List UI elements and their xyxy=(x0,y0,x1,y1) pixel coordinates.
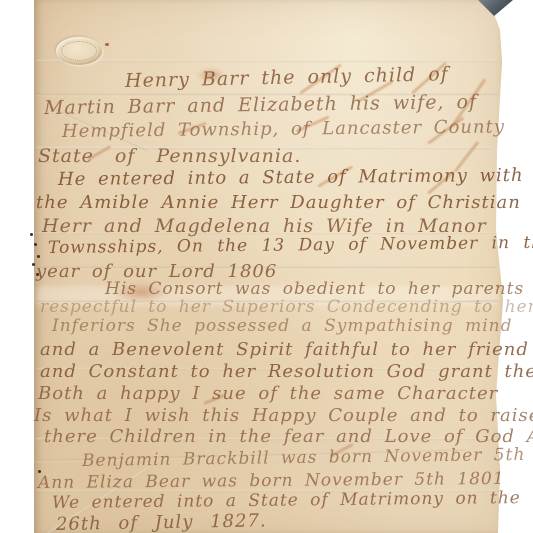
manuscript-line: and a Benevolent Spirit faithful to her … xyxy=(40,339,529,360)
manuscript-line: respectful to her Superiors Condecending… xyxy=(40,297,533,317)
manuscript-line: He entered into a State of Matrimony wit… xyxy=(58,165,524,190)
ink-speck xyxy=(34,243,37,246)
ink-speck xyxy=(32,263,35,266)
manuscript-line: State of Pennsylvania. xyxy=(38,145,301,167)
manuscript-line: 26th of July 1827. xyxy=(56,510,267,533)
manuscript-line: Both a happy I sue of the same Character xyxy=(38,383,498,404)
manuscript-line: Is what I wish this Happy Couple and to … xyxy=(34,405,533,426)
ink-speck xyxy=(37,255,40,258)
manuscript-line: the Amible Annie Herr Daughter of Christ… xyxy=(36,192,521,213)
manuscript-line: and Constant to her Resolution God grant… xyxy=(40,361,533,382)
manuscript-line: there Children in the fear and Love of G… xyxy=(44,426,533,447)
ink-speck xyxy=(30,233,33,236)
scanned-manuscript-page: { "colors": { "background": "#ffffff", "… xyxy=(0,0,533,533)
paper-crease xyxy=(36,60,498,62)
embossed-seal-icon xyxy=(56,37,102,65)
ink-speck xyxy=(105,43,109,46)
manuscript-line: His Consort was obedient to her parents xyxy=(105,279,524,299)
manuscript-line: Inferiors She possessed a Sympathising m… xyxy=(52,316,512,336)
